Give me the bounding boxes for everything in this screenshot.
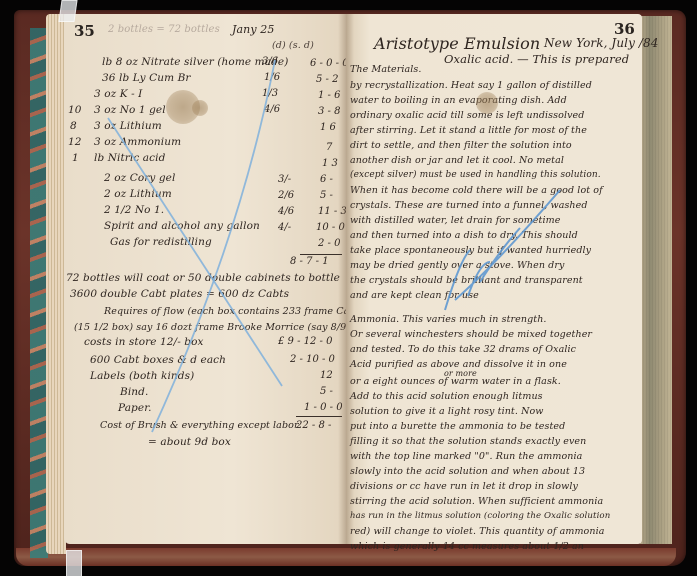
text-line: Oxalic acid. — This is prepared <box>444 52 629 66</box>
text-line: may be dried gently over a stove. When d… <box>350 260 564 271</box>
cost-desc: Bind. <box>120 386 148 398</box>
text-line: solution to give it a light rosy tint. N… <box>350 406 544 417</box>
location-date: New York, July /84 <box>544 36 659 50</box>
item-qty: 8 <box>70 120 77 132</box>
text-line: red) will change to violet. This quantit… <box>350 526 605 537</box>
subtotal: 8 - 7 - 1 <box>290 256 329 267</box>
text-line: another dish or jar and let it cool. No … <box>350 155 564 166</box>
note-line: Requires of flow (each box contains 233 … <box>104 306 361 317</box>
book-gutter <box>338 14 354 544</box>
right-page: 36 Aristotype Emulsion New York, July /8… <box>346 14 642 544</box>
item-amount: 7 <box>326 142 332 153</box>
cost-amount: 12 <box>320 370 333 381</box>
margin-label: The Materials. <box>350 64 422 75</box>
text-line: which is generally 14 cc measures about … <box>350 541 584 552</box>
ink-stain <box>192 100 208 116</box>
item-qty: 10 <box>68 104 82 116</box>
item-rate: 2/6 <box>278 190 294 201</box>
total-line: Cost of Brush & everything except labor <box>100 420 299 431</box>
item-rate: 4/6 <box>278 206 294 217</box>
text-line: stirring the acid solution. When suffici… <box>350 496 603 507</box>
tape-tab <box>66 550 82 576</box>
item-amount: 6 - <box>320 174 333 185</box>
text-line: Or several winchesters should be mixed t… <box>350 329 592 340</box>
date: Jany 25 <box>232 23 274 36</box>
item-desc: 36 lb Ly Cum Br <box>102 72 191 84</box>
text-line: Add to this acid solution enough litmus <box>350 391 543 402</box>
item-amount: 1 3 <box>322 158 338 169</box>
item-desc: lb 8 oz Nitrate silver (home made) <box>102 56 288 68</box>
cost-amount: 1 - 0 - 0 <box>304 402 343 413</box>
column-heads: (d) (s. d) <box>272 40 314 51</box>
text-line: take place spontaneously but if wanted h… <box>350 245 591 256</box>
text-line: Ammonia. This varies much in strength. <box>350 314 547 325</box>
text-line: When it has become cold there will be a … <box>350 185 603 196</box>
page-title: Aristotype Emulsion <box>374 34 540 53</box>
cost-desc: Labels (both kinds) <box>90 370 194 382</box>
note-line: (15 1/2 box) say 16 dozt frame Brooke Mo… <box>74 322 350 333</box>
item-desc: 2 oz Cory gel <box>104 172 175 184</box>
text-line: with the top line marked "0". Run the am… <box>350 451 582 462</box>
item-desc: 3 oz K - I <box>94 88 142 100</box>
text-line: and tested. To do this take 32 drams of … <box>350 344 576 355</box>
text-line: or a eight ounces of warm water in a fla… <box>350 376 561 387</box>
text-line: ordinary oxalic acid till some is left u… <box>350 110 584 121</box>
text-line: dirt to settle, and then filter the solu… <box>350 140 572 151</box>
pencil-note: 2 bottles = 72 bottles <box>108 24 220 35</box>
cost-desc: costs in store 12/- box <box>84 336 204 348</box>
text-line: and then turned into a dish to dry. This… <box>350 230 578 241</box>
item-amount: 1 6 <box>320 122 336 133</box>
text-line: slowly into the acid solution and when a… <box>350 466 585 477</box>
total-amount: 22 - 8 - <box>296 420 331 431</box>
item-rate: 3/6 <box>262 56 278 67</box>
text-line: by recrystallization. Heat say 1 gallon … <box>350 80 592 91</box>
text-line: the crystals should be brilliant and tra… <box>350 275 583 286</box>
item-amount: 5 - <box>320 190 333 201</box>
item-rate: 4/- <box>278 222 291 233</box>
note-line: 72 bottles will coat or 50 double cabine… <box>66 272 340 284</box>
item-desc: 3 oz Lithium <box>94 120 162 132</box>
item-rate: 3/- <box>278 174 291 185</box>
text-line: with distilled water, let drain for some… <box>350 215 560 226</box>
item-desc: Gas for redistilling <box>110 236 212 248</box>
text-line: and are kept clean for use <box>350 290 479 301</box>
item-qty: 12 <box>68 136 82 148</box>
item-desc: 3 oz Ammonium <box>94 136 181 148</box>
item-desc: 2 oz Lithium <box>104 188 172 200</box>
item-desc: 3 oz No 1 gel <box>94 104 166 116</box>
cost-desc: 600 Cabt boxes & d each <box>90 354 226 366</box>
page-stack-left <box>46 14 66 554</box>
ink-stain <box>476 92 498 114</box>
text-line: has run in the litmus solution (coloring… <box>350 511 610 521</box>
total-note: = about 9d box <box>148 436 231 448</box>
cost-desc: Paper. <box>118 402 152 414</box>
text-line: crystals. These are turned into a funnel… <box>350 200 588 211</box>
page-number: 35 <box>74 22 95 40</box>
text-line: divisions or cc have run in let it drop … <box>350 481 578 492</box>
page-stack-right <box>640 16 672 544</box>
cost-amount: 5 - <box>320 386 333 397</box>
item-qty: 1 <box>72 152 79 164</box>
cost-amount: 2 - 10 - 0 <box>290 354 335 365</box>
item-rate: 1/3 <box>262 88 278 99</box>
text-line: filling it so that the solution stands e… <box>350 436 586 447</box>
text-line: water to boiling in an evaporating dish.… <box>350 95 567 106</box>
item-rate: 1/6 <box>264 72 280 83</box>
sum-rule <box>300 254 342 255</box>
left-page: 35 2 bottles = 72 bottles Jany 25 (d) (s… <box>64 14 346 544</box>
text-line: put into a burette the ammonia to be tes… <box>350 421 565 432</box>
item-desc: lb Nitric acid <box>94 152 165 164</box>
item-desc: 2 1/2 No 1. <box>104 204 164 216</box>
text-line: (except silver) must be used in handling… <box>350 170 601 180</box>
note-line: 3600 double Cabt plates = 600 dz Cabts <box>70 288 289 300</box>
item-rate: 4/6 <box>264 104 280 115</box>
cost-amount: £ 9 - 12 - 0 <box>278 336 332 347</box>
sum-rule <box>296 416 342 417</box>
item-desc: Spirit and alcohol any gallon <box>104 220 260 232</box>
item-amount: 5 - 2 <box>316 74 338 85</box>
text-line: after stirring. Let it stand a little fo… <box>350 125 587 136</box>
tape-tab <box>58 0 77 22</box>
